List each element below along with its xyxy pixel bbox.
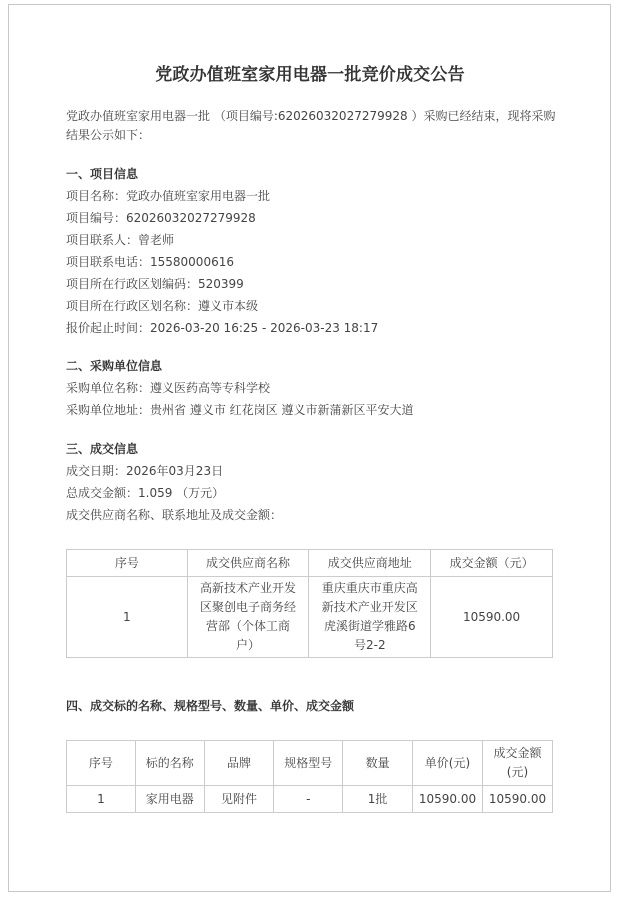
header-cell: 序号 [67, 550, 188, 577]
section-heading: 三、成交信息 [66, 438, 282, 460]
cell-item-name: 家用电器 [135, 786, 204, 813]
supplier-label: 成交供应商名称、联系地址及成交金额： [66, 504, 282, 526]
section-project-info: 一、项目信息 项目名称：党政办值班室家用电器一批 项目编号：6202603202… [66, 163, 378, 339]
table-row: 1 高新技术产业开发区聚创电子商务经营部（个体工商户） 重庆重庆市重庆高新技术产… [67, 577, 553, 658]
quote-period: 报价起止时间：2026-03-20 16:25 - 2026-03-23 18:… [66, 317, 378, 339]
header-cell: 规格型号 [274, 741, 343, 786]
project-name: 项目名称：党政办值班室家用电器一批 [66, 185, 378, 207]
header-cell: 成交供应商名称 [187, 550, 309, 577]
cell-unit-price: 10590.00 [412, 786, 482, 813]
project-number: 项目编号：62026032027279928 [66, 207, 378, 229]
cell-spec: - [274, 786, 343, 813]
purchaser-name: 采购单位名称：遵义医药高等专科学校 [66, 377, 413, 399]
header-cell: 成交金额（元） [431, 550, 553, 577]
cell-amount: 10590.00 [431, 577, 553, 658]
header-cell: 数量 [343, 741, 413, 786]
project-phone: 项目联系电话：15580000616 [66, 251, 378, 273]
section-heading: 一、项目信息 [66, 163, 378, 185]
header-cell: 单价(元) [412, 741, 482, 786]
cell-brand: 见附件 [204, 786, 274, 813]
items-table: 序号 标的名称 品牌 规格型号 数量 单价(元) 成交金额(元) 1 家用电器 … [66, 740, 553, 813]
cell-total: 10590.00 [482, 786, 552, 813]
header-cell: 序号 [67, 741, 136, 786]
section-purchaser-info: 二、采购单位信息 采购单位名称：遵义医药高等专科学校 采购单位地址：贵州省 遵义… [66, 355, 413, 421]
header-cell: 成交金额(元) [482, 741, 552, 786]
section-heading-items: 四、成交标的名称、规格型号、数量、单价、成交金额 [66, 695, 354, 717]
table-row: 1 家用电器 见附件 - 1批 10590.00 10590.00 [67, 786, 553, 813]
cell-supplier-name: 高新技术产业开发区聚创电子商务经营部（个体工商户） [187, 577, 309, 658]
cell-supplier-address: 重庆重庆市重庆高新技术产业开发区虎溪街道学雅路6号2-2 [309, 577, 431, 658]
header-cell: 标的名称 [135, 741, 204, 786]
total-amount: 总成交金额：1.059 （万元） [66, 482, 282, 504]
table-header-row: 序号 成交供应商名称 成交供应商地址 成交金额（元） [67, 550, 553, 577]
section-heading: 二、采购单位信息 [66, 355, 413, 377]
header-cell: 品牌 [204, 741, 274, 786]
cell-index: 1 [67, 577, 188, 658]
cell-quantity: 1批 [343, 786, 413, 813]
section-deal-info: 三、成交信息 成交日期：2026年03月23日 总成交金额：1.059 （万元）… [66, 438, 282, 526]
region-code: 项目所在行政区划编码：520399 [66, 273, 378, 295]
project-contact: 项目联系人：曾老师 [66, 229, 378, 251]
table-header-row: 序号 标的名称 品牌 规格型号 数量 单价(元) 成交金额(元) [67, 741, 553, 786]
page-title: 党政办值班室家用电器一批竞价成交公告 [0, 60, 620, 85]
intro-paragraph: 党政办值班室家用电器一批 （项目编号:62026032027279928 ）采购… [66, 107, 556, 145]
purchaser-address: 采购单位地址：贵州省 遵义市 红花岗区 遵义市新蒲新区平安大道 [66, 399, 413, 421]
region-name: 项目所在行政区划名称：遵义市本级 [66, 295, 378, 317]
cell-index: 1 [67, 786, 136, 813]
deal-date: 成交日期：2026年03月23日 [66, 460, 282, 482]
header-cell: 成交供应商地址 [309, 550, 431, 577]
supplier-table: 序号 成交供应商名称 成交供应商地址 成交金额（元） 1 高新技术产业开发区聚创… [66, 549, 553, 658]
